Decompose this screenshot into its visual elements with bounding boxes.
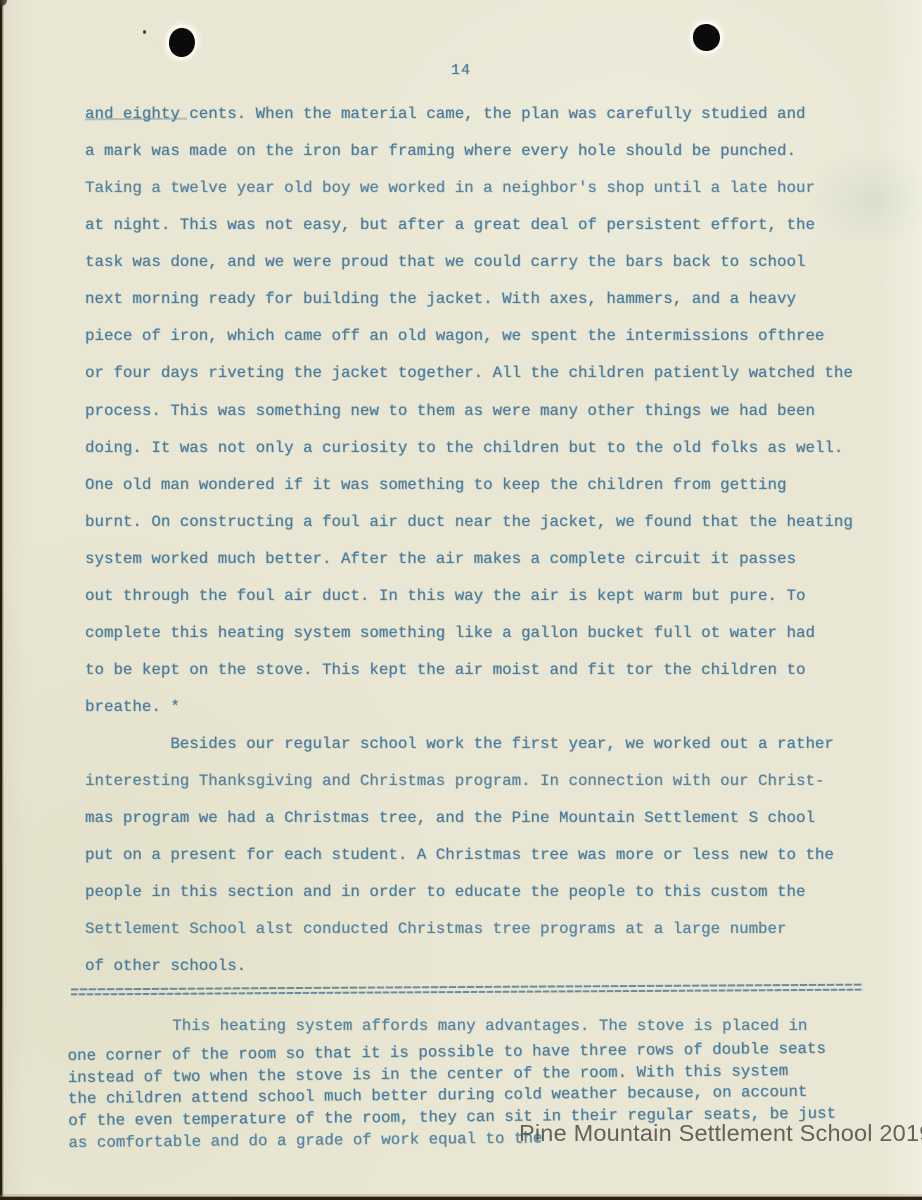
typed-line: a mark was made on the iron bar framing … <box>85 133 853 170</box>
punch-hole-right <box>692 23 721 52</box>
paragraph-christmas-program: Besides our regular school work the firs… <box>85 726 834 985</box>
typed-line: process. This was something new to them … <box>85 393 853 430</box>
typed-line: system worked much better. After the air… <box>85 541 853 578</box>
typed-line: Settlement School alst conducted Christm… <box>85 911 834 948</box>
typed-line: mas program we had a Christmas tree, and… <box>85 800 834 837</box>
typed-line: next morning ready for building the jack… <box>85 281 853 318</box>
scan-edge-left <box>0 0 4 1200</box>
typed-line: doing. It was not only a curiosity to th… <box>85 430 853 467</box>
page-number: 14 <box>0 62 922 79</box>
typed-line: breathe. * <box>85 689 853 726</box>
watermark: Pine Mountain Settlement School 2019 <box>519 1120 922 1147</box>
typed-line: out through the foul air duct. In this w… <box>85 578 853 615</box>
typed-line: complete this heating system something l… <box>85 615 853 652</box>
typed-line: to be kept on the stove. This kept the a… <box>85 652 853 689</box>
typed-line: people in this section and in order to e… <box>85 874 834 911</box>
scan-corner-mark <box>0 0 7 6</box>
typed-line: Besides our regular school work the firs… <box>85 726 834 763</box>
typed-line: at night. This was not easy, but after a… <box>85 207 853 244</box>
typed-line: burnt. On constructing a foul air duct n… <box>85 504 853 541</box>
typed-line: One old man wondered if it was something… <box>85 467 853 504</box>
typed-line: and eighty cents. When the material came… <box>85 96 853 133</box>
typed-line: Taking a twelve year old boy we worked i… <box>85 170 853 207</box>
typed-line: piece of iron, which came off an old wag… <box>85 318 853 355</box>
typed-line: of other schools. <box>85 948 834 985</box>
typed-line: or four days riveting the jacket togethe… <box>85 355 853 392</box>
paper-speck <box>143 30 146 34</box>
scan-edge-bottom <box>0 1194 922 1200</box>
scanned-document-page: 14 and eighty cents. When the material c… <box>0 0 922 1200</box>
typed-line: put on a present for each student. A Chr… <box>85 837 834 874</box>
typed-line: interesting Thanksgiving and Christmas p… <box>85 763 834 800</box>
typed-line: task was done, and we were proud that we… <box>85 244 853 281</box>
punch-hole-left <box>167 26 197 58</box>
paragraph-heating-jacket: and eighty cents. When the material came… <box>85 96 853 726</box>
